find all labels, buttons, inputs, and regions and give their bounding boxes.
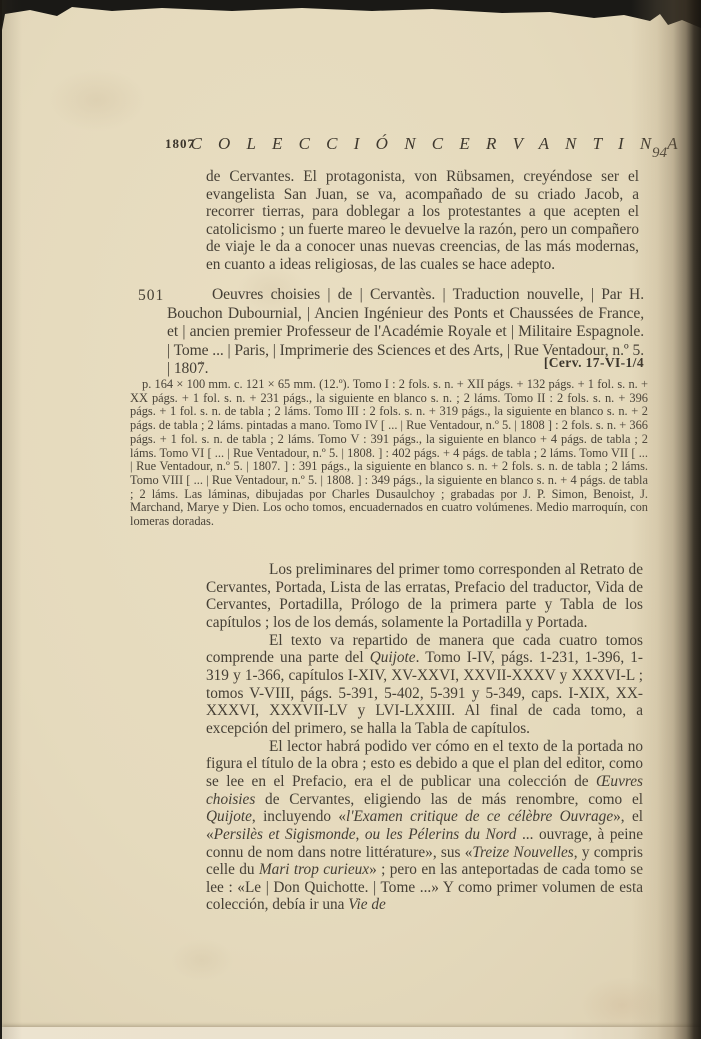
printers-mark: * — [199, 360, 204, 371]
description-paragraph: El texto va repartido de manera que cada… — [206, 632, 643, 738]
scanned-page: 1807 C O L E C C I Ó N C E R V A N T I N… — [0, 0, 701, 1039]
entry-number: 501 — [138, 287, 164, 305]
entry-shelfmark: [Cerv. 17-VI-1/4 — [544, 355, 644, 371]
description-paragraph: Los preliminares del primer tomo corresp… — [206, 561, 643, 632]
running-head-title: C O L E C C I Ó N C E R V A N T I N A — [172, 134, 701, 154]
continuation-paragraph: de Cervantes. El protagonista, von Rübsa… — [206, 168, 639, 273]
underlying-page-edge — [2, 1027, 701, 1039]
scan-left-edge-shadow — [0, 0, 2, 540]
entry-description: Los preliminares del primer tomo corresp… — [206, 561, 643, 914]
entry-collation-note: p. 164 × 100 mm. c. 121 × 65 mm. (12.º).… — [130, 378, 648, 529]
book-page-paper: 1807 C O L E C C I Ó N C E R V A N T I N… — [2, 0, 701, 1039]
description-paragraph: El lector habrá podido ver cómo en el te… — [206, 738, 643, 915]
page-number: 94 — [652, 145, 667, 162]
